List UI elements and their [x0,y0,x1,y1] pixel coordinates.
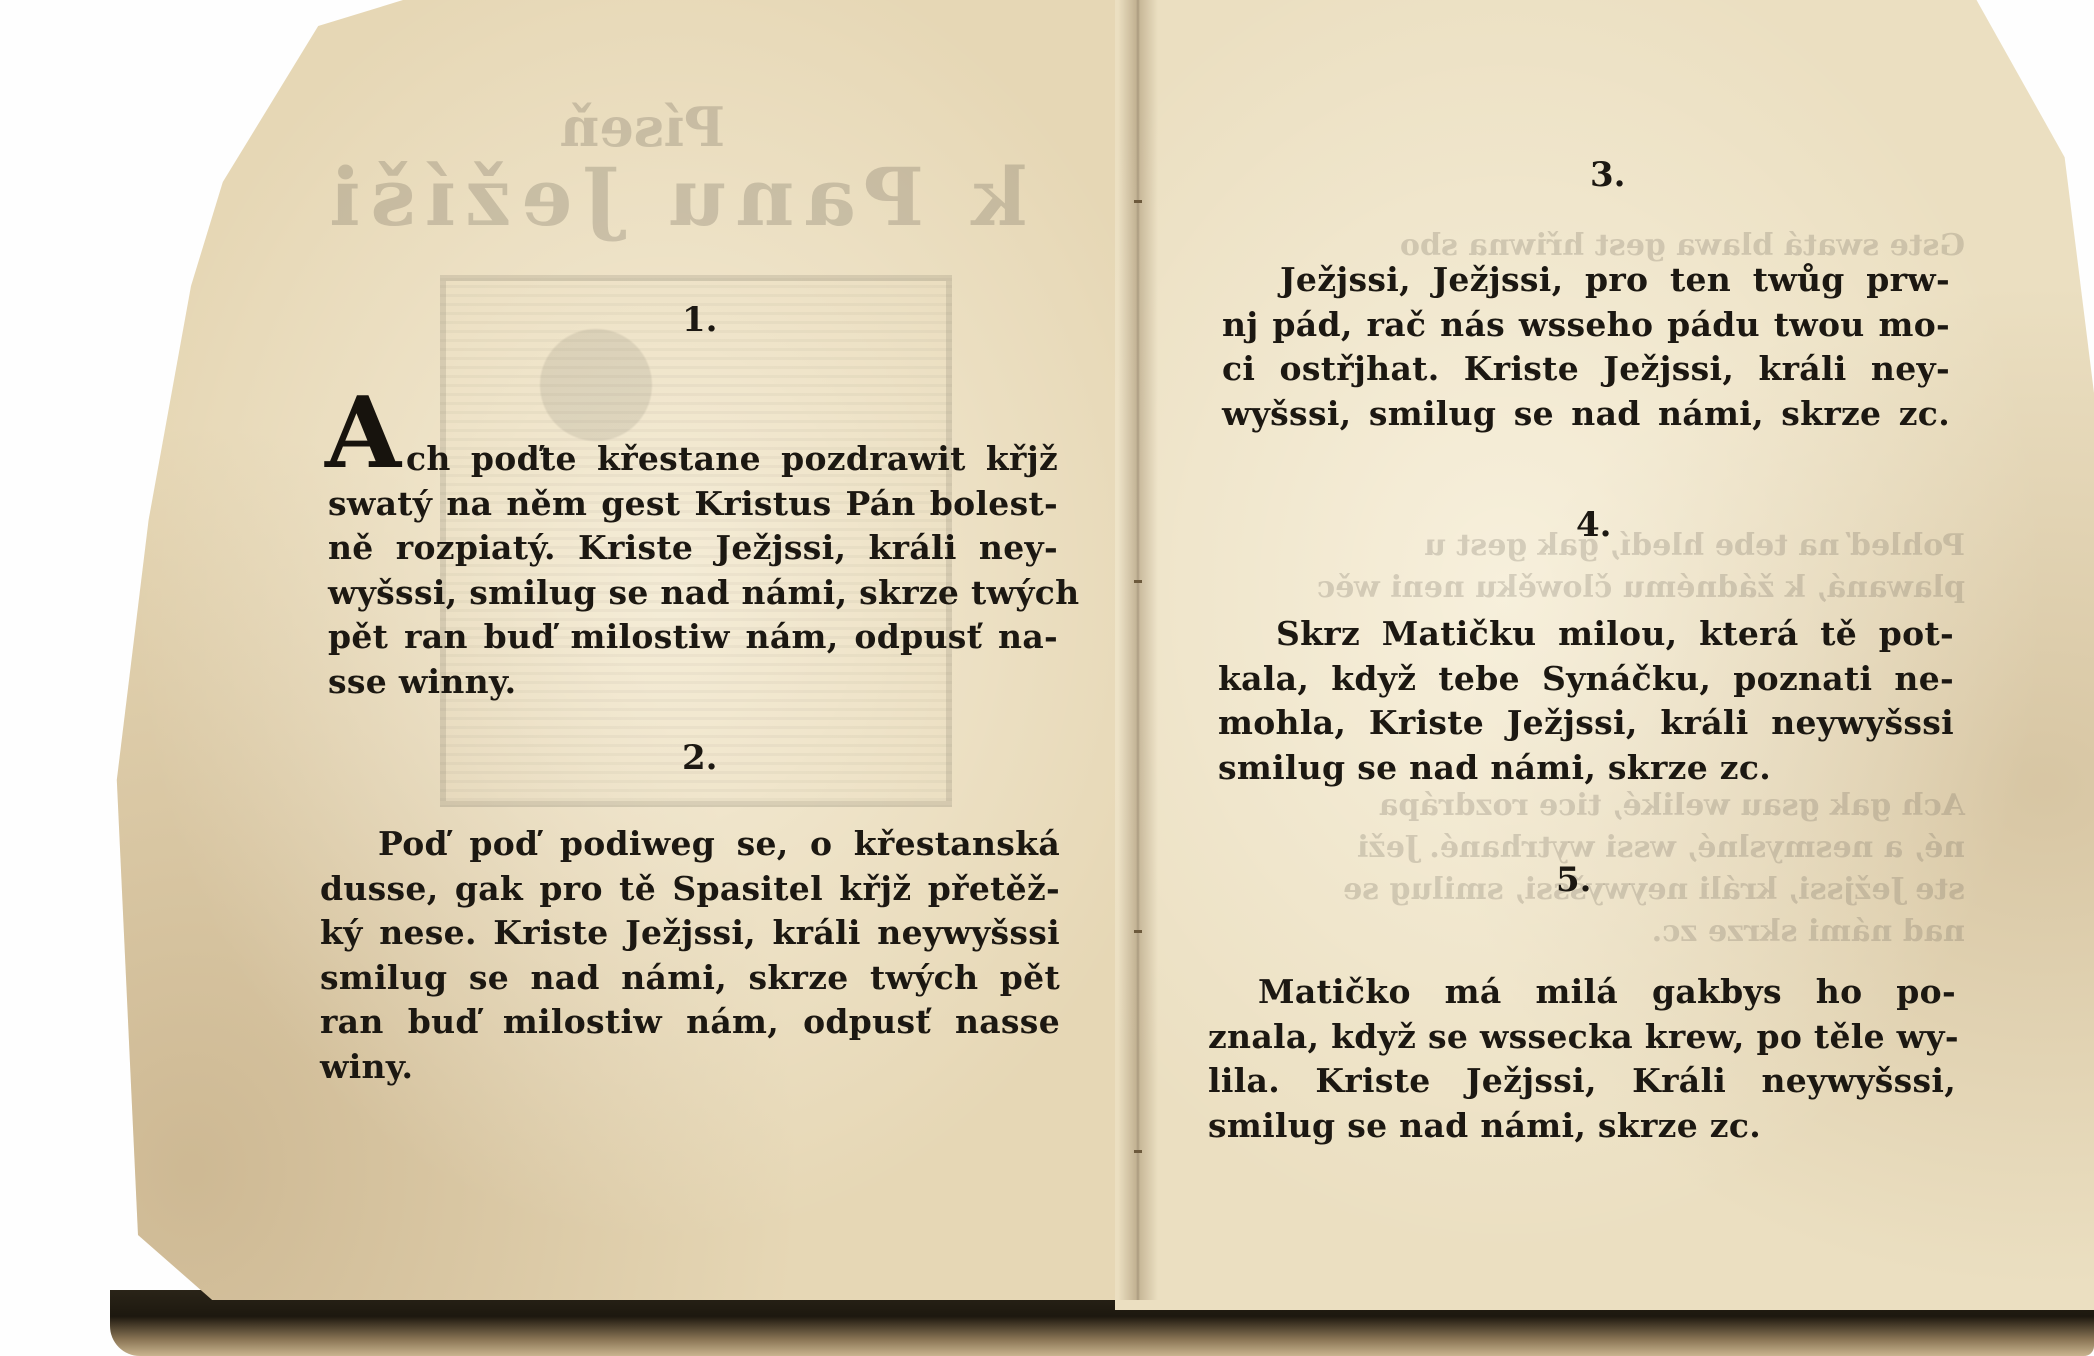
verse-5-text: Matičko má milá gakbys ho po- znala, kdy… [1208,970,1956,1148]
bleed-through-line: ste Ježjssi, králi neywyšssi, smilug se [1343,872,1965,907]
verse-line: nj pád, rač nás wsseho pádu twou mo- [1222,303,1950,348]
verse-line: kala, když tebe Synáčku, poznati ne- [1218,657,1954,702]
book-spread: Píseň k Panu Ježíši 1. A ch poďte křesta… [0,0,2094,1356]
verse-line: ci ostřjhat. Kriste Ježjssi, králi ney- [1222,347,1950,392]
verse-2-text: Poď poď podiweg se, o křestanská dusse, … [320,822,1060,1089]
verse-number-3: 3. [1590,155,1626,195]
verse-line: pět ran buď milostiw nám, odpusť na- [328,615,1058,660]
verse-line: wyšssi, smilug se nad námi, skrze twých [328,571,1058,616]
verse-number-1: 1. [682,300,718,340]
verse-line: winy. [320,1045,1060,1090]
verse-line: wyšssi, smilug se nad námi, skrze zc. [1222,392,1950,437]
verse-number-5: 5. [1556,860,1592,900]
bleed-through-line: Ach gak gsau weliké, tice rozdrápa [1379,788,1965,823]
verse-line: Poď poď podiweg se, o křestanská [378,822,1060,867]
bleed-through-line: nad námi skrze zc. [1652,914,1965,949]
bleed-through-line: plawaná, k žádnému člowěku neni wěc [1317,570,1965,605]
verse-number-4: 4. [1576,505,1612,545]
verse-number-2: 2. [682,738,718,778]
binding-stitch [1134,930,1142,933]
bleed-through-line: Pohleď na tebe hledí, gak gest u [1424,528,1965,563]
verse-line: ký nese. Kriste Ježjssi, králi neywyšssi [320,911,1060,956]
verse-4-text: Skrz Matičku milou, která tě pot- kala, … [1218,612,1954,790]
verse-line: ran buď milostiw nám, odpusť nasse [320,1000,1060,1045]
binding-stitch [1134,200,1142,203]
book-gutter [1118,0,1158,1300]
verse-line: sse winny. [328,660,1058,705]
verse-line: mohla, Kriste Ježjssi, králi neywyšssi [1218,701,1954,746]
verse-line: smilug se nad námi, skrze zc. [1218,746,1954,791]
verse-line: ch poďte křestane pozdrawit křjž [406,437,1058,482]
verse-line: znala, když se wssecka krew, po těle wy- [1208,1015,1956,1060]
verse-line: Matičko má milá gakbys ho po- [1258,970,1956,1015]
verse-1-text: ch poďte křestane pozdrawit křjž swatý n… [328,437,1058,704]
verse-line: swatý na něm gest Kristus Pán bolest- [328,482,1058,527]
verse-line: Ježjssi, Ježjssi, pro ten twůg prw- [1280,258,1950,303]
bleed-through-line: né, a nesmyslné, wssi wytrhané. Ježi [1357,830,1965,865]
verse-line: smilug se nad námi, skrze twých pět [320,956,1060,1001]
bleed-through-text-lower: Ach gak gsau weliké, tice rozdrápa né, a… [1245,785,1965,953]
verse-line: smilug se nad námi, skrze zc. [1208,1104,1956,1149]
verse-line: Skrz Matičku milou, která tě pot- [1276,612,1954,657]
binding-stitch [1134,1150,1142,1153]
verse-line: dusse, gak pro tě Spasitel křjž přetěž- [320,867,1060,912]
bleed-through-title-line-2: k Panu Ježíši [320,150,1027,244]
binding-stitch [1134,580,1142,583]
verse-line: lila. Kriste Ježjssi, Králi neywyšssi, [1208,1059,1956,1104]
verse-line: ně rozpiatý. Kriste Ježjssi, králi ney- [328,526,1058,571]
verse-3-text: Ježjssi, Ježjssi, pro ten twůg prw- nj p… [1222,258,1950,436]
